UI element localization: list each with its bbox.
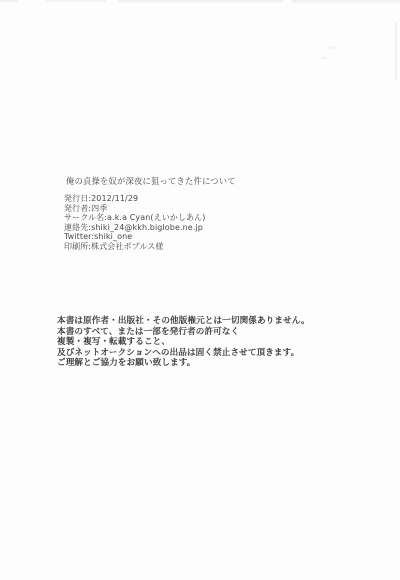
colophon-block: 発行日:2012/11/29 発行者:四季 サークル名:a.k.a Cyan(え… — [64, 194, 205, 252]
scan-artifact-smudge — [315, 42, 341, 63]
notice-line: 本書のすべて、または一部を発行者の許可なく — [57, 327, 310, 338]
colophon-printer: 印刷所:株式会社ポプルス様 — [64, 242, 205, 252]
scan-artifact-top-edge — [292, 0, 400, 4]
scanned-colophon-page: 俺の貞操を奴が深夜に狙ってきた件について 発行日:2012/11/29 発行者:… — [0, 0, 400, 580]
scan-artifact-right-edge — [395, 22, 397, 80]
notice-line: ご理解とご協力をお願い致します。 — [57, 358, 310, 369]
colophon-twitter: Twitter:shiki_one — [64, 232, 205, 242]
colophon-publish-date: 発行日:2012/11/29 — [64, 194, 205, 204]
colophon-circle-name: サークル名:a.k.a Cyan(えいかしあん) — [64, 213, 205, 223]
scan-artifact-top-edge — [46, 0, 106, 3]
book-title: 俺の貞操を奴が深夜に狙ってきた件について — [66, 176, 236, 187]
notice-line: 及びネットオークションへの出品は固く禁止させて頂きます。 — [57, 348, 310, 359]
colophon-publisher: 発行者:四季 — [64, 204, 205, 214]
copyright-notice-block: 本書は原作者・出版社・その他版権元とは一切関係ありません。 本書のすべて、または… — [57, 316, 310, 369]
colophon-contact-email: 連絡先:shiki_24@kkh.biglobe.ne.jp — [64, 223, 205, 233]
notice-line: 複製・複写・転載すること、 — [57, 337, 310, 348]
scan-artifact-top-edge — [118, 0, 283, 4]
notice-line: 本書は原作者・出版社・その他版権元とは一切関係ありません。 — [57, 316, 310, 327]
scan-artifact-top-edge — [0, 0, 18, 3]
